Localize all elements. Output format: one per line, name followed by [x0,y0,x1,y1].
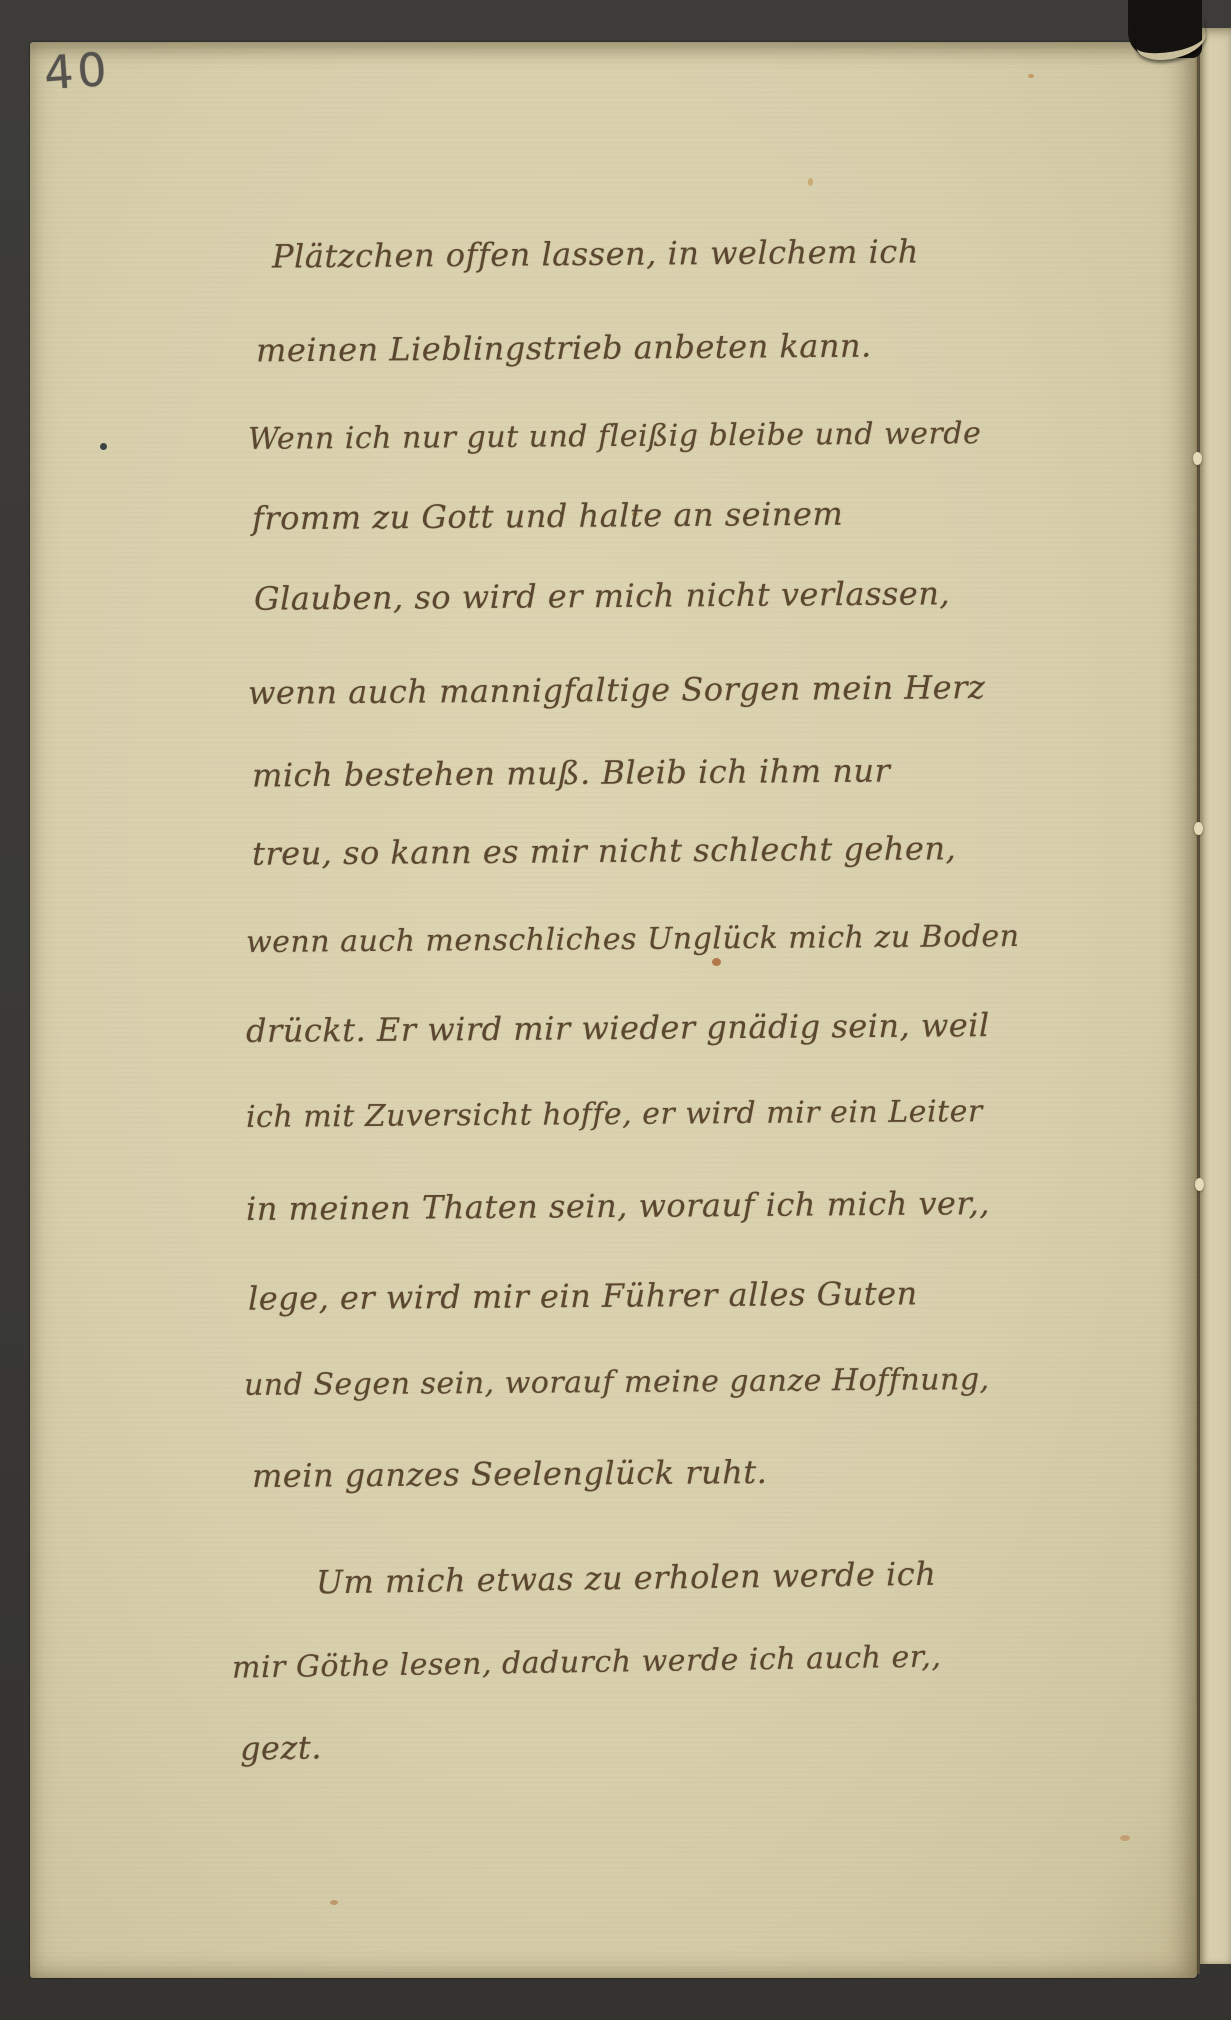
underlying-page-edge [1200,28,1231,1964]
scanned-manuscript-photo: 40 Plätzchen offen lassen, in welchem ic… [0,0,1231,2020]
foxing-speck [1120,1835,1130,1841]
foxing-speck [1028,74,1034,78]
handwriting-line: Wenn ich nur gut und fleißig bleibe und … [248,419,981,455]
handwriting-line: in meinen Thaten sein, worauf ich mich v… [246,1187,990,1225]
foxing-speck [330,1900,338,1905]
foxing-speck [808,178,813,186]
fold-nick [1193,452,1202,465]
fold-nick [1194,822,1203,835]
handwriting-line: Glauben, so wird er mich nicht verlassen… [254,577,950,614]
handwriting-line: ich mit Zuversicht hoffe, er wird mir ei… [246,1097,983,1133]
handwriting-line: mein ganzes Seelenglück ruht. [252,1456,768,1492]
handwriting-line: drückt. Er wird mir wieder gnädig sein, … [246,1009,990,1047]
handwriting-line: mich bestehen muß. Bleib ich ihm nur [252,754,891,791]
handwriting-line: gezt. [240,1731,322,1764]
handwriting-line: fromm zu Gott und halte an seinem [252,498,843,535]
handwriting-line: und Segen sein, worauf meine ganze Hoffn… [244,1365,990,1401]
handwriting-line: Plätzchen offen lassen, in welchem ich [272,235,919,272]
handwriting-line: wenn auch mannigfaltige Sorgen mein Herz [248,671,986,709]
handwriting-line: lege, er wird mir ein Führer alles Guten [248,1277,918,1314]
handwriting-line: treu, so kann es mir nicht schlecht gehe… [252,832,956,870]
handwriting-line: wenn auch menschliches Unglück mich zu B… [246,922,1020,958]
folio-number: 40 [42,46,112,97]
ink-speck [100,443,107,450]
handwriting-line: Um mich etwas zu erholen werde ich [316,1558,937,1599]
fold-nick [1195,1178,1204,1191]
handwriting-line: meinen Lieblingstrieb anbeten kann. [256,330,872,367]
foxing-speck [712,958,721,966]
